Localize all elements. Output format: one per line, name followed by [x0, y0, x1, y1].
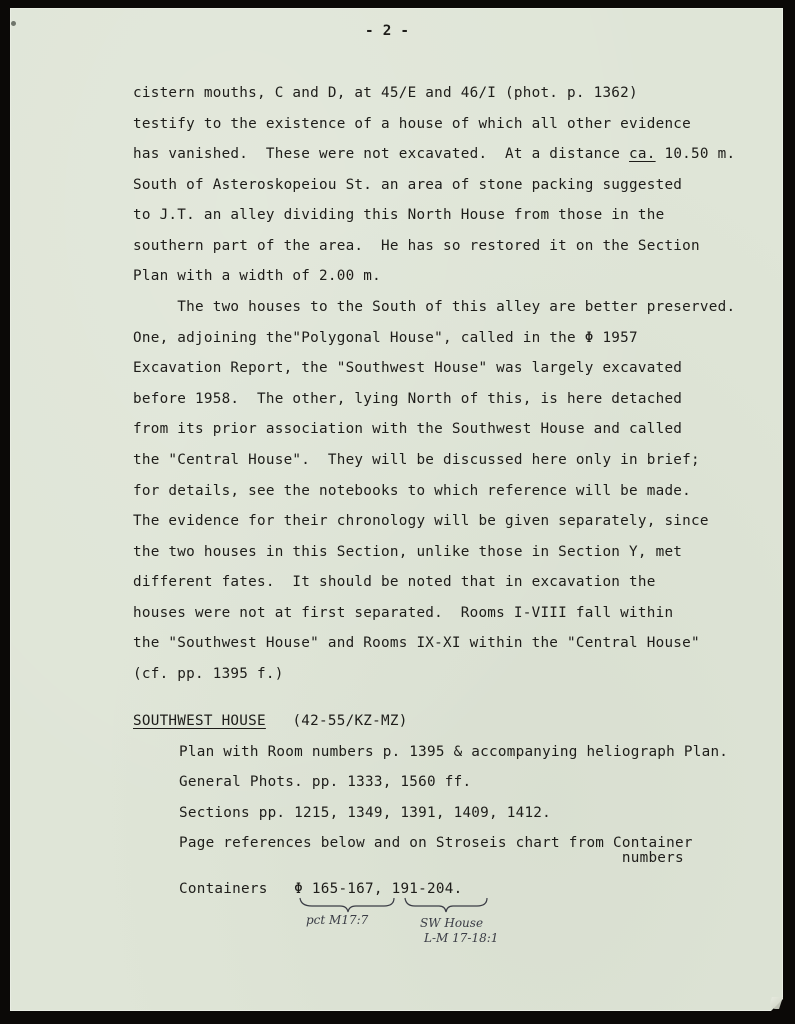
- section-heading-ref: (42-55/KZ-MZ): [266, 713, 408, 729]
- page-number: - 2 -: [365, 22, 409, 40]
- paragraph-1-line-7: Plan with a width of 2.00 m.: [133, 267, 381, 285]
- paper-sheet: - 2 - cistern mouths, C and D, at 45/E a…: [10, 8, 783, 1011]
- punch-mark: [11, 21, 16, 26]
- handwritten-note-sw-house: SW House: [420, 916, 483, 930]
- paragraph-2-line-9: the two houses in this Section, unlike t…: [133, 543, 682, 561]
- section-heading: SOUTHWEST HOUSE (42-55/KZ-MZ): [133, 712, 408, 730]
- paragraph-2-line-3: Excavation Report, the "Southwest House"…: [133, 359, 682, 377]
- section-item-plan: Plan with Room numbers p. 1395 & accompa…: [179, 743, 728, 761]
- paragraph-2-line-4: before 1958. The other, lying North of t…: [133, 390, 682, 408]
- paragraph-2-line-1: The two houses to the South of this alle…: [133, 298, 735, 316]
- containers-value: Φ 165-167, 191-204.: [294, 881, 462, 897]
- section-item-photos: General Phots. pp. 1333, 1560 ff.: [179, 773, 471, 791]
- paragraph-1-line-6: southern part of the area. He has so res…: [133, 237, 700, 255]
- paragraph-1-line-1: cistern mouths, C and D, at 45/E and 46/…: [133, 84, 638, 102]
- section-item-page-references-cont: numbers: [179, 849, 684, 867]
- brace-icon: [298, 896, 398, 914]
- brace-icon: [403, 896, 491, 914]
- paragraph-2-line-7: for details, see the notebooks to which …: [133, 482, 691, 500]
- paragraph-1-line-5: to J.T. an alley dividing this North Hou…: [133, 206, 664, 224]
- scanned-page: - 2 - cistern mouths, C and D, at 45/E a…: [0, 0, 795, 1024]
- paragraph-2-line-2: One, adjoining the"Polygonal House", cal…: [133, 329, 638, 347]
- paragraph-2-line-13: (cf. pp. 1395 f.): [133, 665, 284, 683]
- paragraph-1-line-3: has vanished. These were not excavated. …: [133, 145, 735, 163]
- handwritten-note-pct: pct M17:7: [306, 913, 368, 927]
- section-item-sections: Sections pp. 1215, 1349, 1391, 1409, 141…: [179, 804, 551, 822]
- section-heading-title: SOUTHWEST HOUSE: [133, 713, 266, 729]
- paragraph-2-line-6: the "Central House". They will be discus…: [133, 451, 700, 469]
- handwritten-note-grid: L-M 17-18:1: [424, 931, 498, 945]
- paragraph-2-line-8: The evidence for their chronology will b…: [133, 512, 709, 530]
- distance-value: 10.50 m.: [656, 146, 736, 162]
- paragraph-2-line-10: different fates. It should be noted that…: [133, 573, 656, 591]
- paragraph-1-line-4: South of Asteroskopeiou St. an area of s…: [133, 176, 682, 194]
- paragraph-1-line-2: testify to the existence of a house of w…: [133, 115, 691, 133]
- ca-underlined: ca.: [629, 146, 656, 162]
- paragraph-2-line-12: the "Southwest House" and Rooms IX-XI wi…: [133, 634, 700, 652]
- containers-label: Containers: [179, 881, 294, 897]
- paragraph-1-line-3-text: has vanished. These were not excavated. …: [133, 146, 629, 162]
- paragraph-2-line-11: houses were not at first separated. Room…: [133, 604, 673, 622]
- paragraph-2-line-5: from its prior association with the Sout…: [133, 420, 682, 438]
